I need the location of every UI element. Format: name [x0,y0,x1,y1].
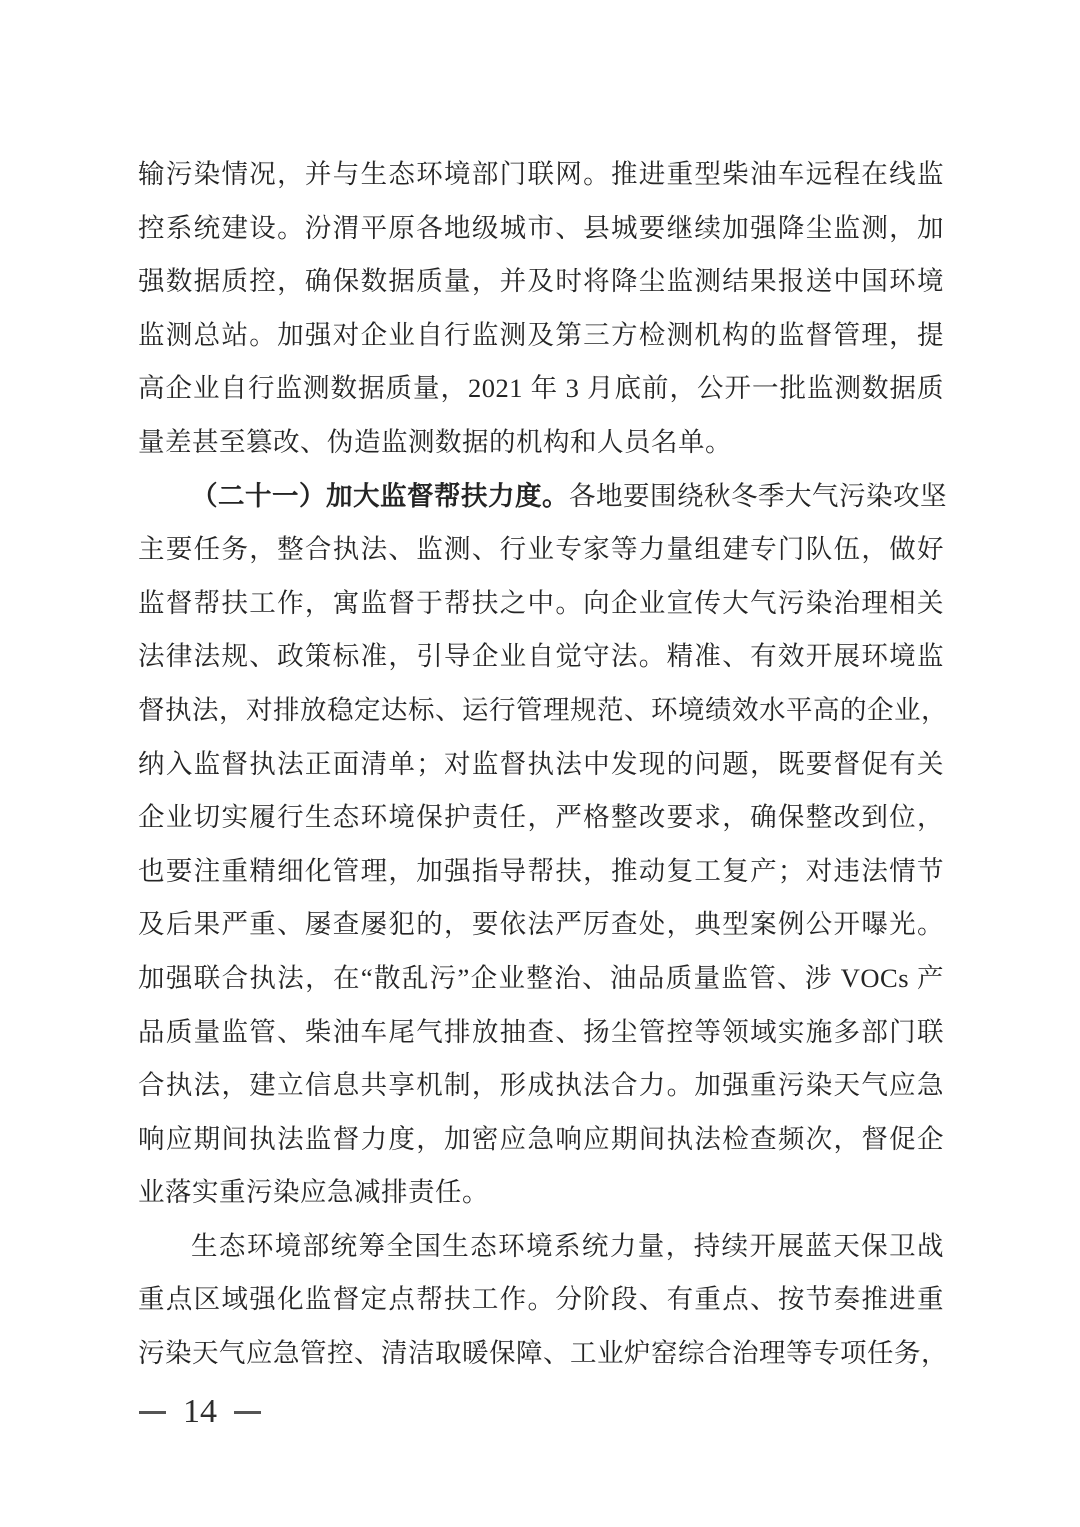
page-footer: 14 [139,1392,261,1432]
text-line: 量差甚至篡改、伪造监测数据的机构和人员名单。 [138,416,944,470]
line-text: 各地要围绕秋冬季大气污染攻坚 [569,481,947,511]
text-line: 业落实重污染应急减排责任。 [138,1166,944,1220]
text-line: 也要注重精细化管理，加强指导帮扶，推动复工复产；对违法情节 [138,845,944,899]
line-text: 高企业自行监测数据质量，2021 年 3 月底前，公开一批监测数据质 [138,373,944,403]
line-text: 纳入监督执法正面清单；对监督执法中发现的问题，既要督促有关 [138,749,944,779]
text-line: （二十一）加大监督帮扶力度。各地要围绕秋冬季大气污染攻坚 [138,470,944,524]
text-line: 响应期间执法监督力度，加密应急响应期间执法检查频次，督促企 [138,1113,944,1167]
line-text: 监督帮扶工作，寓监督于帮扶之中。向企业宣传大气污染治理相关 [138,588,944,618]
text-line: 及后果严重、屡查屡犯的，要依法严厉查处，典型案例公开曝光。 [138,898,944,952]
line-text: 响应期间执法监督力度，加密应急响应期间执法检查频次，督促企 [138,1124,944,1154]
line-text: 生态环境部统筹全国生态环境系统力量，持续开展蓝天保卫战 [191,1231,944,1261]
line-text: 加强联合执法，在“散乱污”企业整治、油品质量监管、涉 VOCs 产 [138,963,944,993]
line-text: 业落实重污染应急减排责任。 [138,1177,489,1207]
text-line: 监督帮扶工作，寓监督于帮扶之中。向企业宣传大气污染治理相关 [138,577,944,631]
line-text: 督执法，对排放稳定达标、运行管理规范、环境绩效水平高的企业， [138,695,948,725]
text-line: 法律法规、政策标准，引导企业自觉守法。精准、有效开展环境监 [138,630,944,684]
text-line: 加强联合执法，在“散乱污”企业整治、油品质量监管、涉 VOCs 产 [138,952,944,1006]
document-page: 输污染情况，并与生态环境部门联网。推进重型柴油车远程在线监控系统建设。汾渭平原各… [0,0,1080,1527]
line-text: 输污染情况，并与生态环境部门联网。推进重型柴油车远程在线监 [138,159,944,189]
line-text: 企业切实履行生态环境保护责任，严格整改要求，确保整改到位， [138,802,944,832]
line-text: 强数据质控，确保数据质量，并及时将降尘监测结果报送中国环境 [138,266,944,296]
line-text: 合执法，建立信息共享机制，形成执法合力。加强重污染天气应急 [138,1070,944,1100]
line-text: 法律法规、政策标准，引导企业自觉守法。精准、有效开展环境监 [138,641,944,671]
text-line: 重点区域强化监督定点帮扶工作。分阶段、有重点、按节奏推进重 [138,1273,944,1327]
footer-dash-left-icon [139,1411,166,1414]
line-text: 重点区域强化监督定点帮扶工作。分阶段、有重点、按节奏推进重 [138,1284,944,1314]
text-line: 监测总站。加强对企业自行监测及第三方检测机构的监督管理，提 [138,309,944,363]
line-text: 品质量监管、柴油车尾气排放抽查、扬尘管控等领域实施多部门联 [138,1017,944,1047]
section-heading: （二十一）加大监督帮扶力度。 [191,481,569,511]
text-line: 督执法，对排放稳定达标、运行管理规范、环境绩效水平高的企业， [138,684,944,738]
footer-dash-right-icon [234,1411,261,1414]
footer-page-number: 14 [181,1392,219,1432]
line-text: 也要注重精细化管理，加强指导帮扶，推动复工复产；对违法情节 [138,856,944,886]
text-line: 合执法，建立信息共享机制，形成执法合力。加强重污染天气应急 [138,1059,944,1113]
line-text: 污染天气应急管控、清洁取暖保障、工业炉窑综合治理等专项任务， [138,1338,948,1368]
line-text: 主要任务，整合执法、监测、行业专家等力量组建专门队伍，做好 [138,534,944,564]
text-line: 强数据质控，确保数据质量，并及时将降尘监测结果报送中国环境 [138,255,944,309]
text-line: 品质量监管、柴油车尾气排放抽查、扬尘管控等领域实施多部门联 [138,1006,944,1060]
text-line: 生态环境部统筹全国生态环境系统力量，持续开展蓝天保卫战 [138,1220,944,1274]
text-line: 纳入监督执法正面清单；对监督执法中发现的问题，既要督促有关 [138,738,944,792]
line-text: 量差甚至篡改、伪造监测数据的机构和人员名单。 [138,427,732,457]
text-line: 高企业自行监测数据质量，2021 年 3 月底前，公开一批监测数据质 [138,362,944,416]
document-body: 输污染情况，并与生态环境部门联网。推进重型柴油车远程在线监控系统建设。汾渭平原各… [138,148,944,1381]
text-line: 企业切实履行生态环境保护责任，严格整改要求，确保整改到位， [138,791,944,845]
line-text: 及后果严重、屡查屡犯的，要依法严厉查处，典型案例公开曝光。 [138,909,944,939]
text-line: 控系统建设。汾渭平原各地级城市、县城要继续加强降尘监测，加 [138,202,944,256]
line-text: 控系统建设。汾渭平原各地级城市、县城要继续加强降尘监测，加 [138,213,944,243]
line-text: 监测总站。加强对企业自行监测及第三方检测机构的监督管理，提 [138,320,944,350]
text-line: 主要任务，整合执法、监测、行业专家等力量组建专门队伍，做好 [138,523,944,577]
text-line: 污染天气应急管控、清洁取暖保障、工业炉窑综合治理等专项任务， [138,1327,944,1381]
text-line: 输污染情况，并与生态环境部门联网。推进重型柴油车远程在线监 [138,148,944,202]
